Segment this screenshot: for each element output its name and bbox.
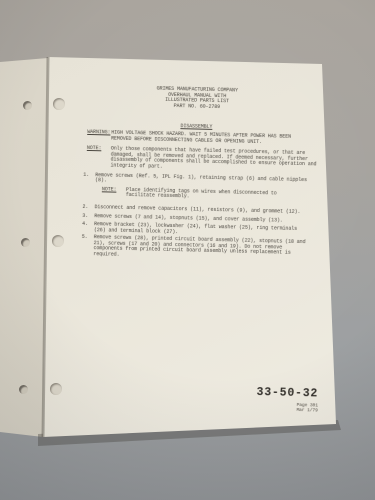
warning-label: WARNING: [87, 130, 111, 142]
document-content: GRIMES MANUFACTURING COMPANY OVERHAUL MA… [39, 57, 324, 433]
note-block: NOTE: Only those components that have fa… [45, 145, 321, 174]
step-number: 4. [82, 222, 94, 233]
photo-background: GRIMES MANUFACTURING COMPANY OVERHAUL MA… [0, 0, 375, 500]
step-note-label: NOTE: [102, 187, 126, 199]
back-sheet-hole [19, 385, 28, 394]
step-number: 3. [82, 213, 94, 219]
back-sheet-hole [23, 101, 32, 110]
step-number: 1. [83, 172, 95, 183]
page-footer: 33-50-32 Page 301 Mar 1/79 [40, 381, 319, 414]
step-number: 2. [82, 205, 94, 211]
step-number: 5. [81, 235, 94, 258]
step-item: 5. Remove screws (28), printed circuit b… [43, 234, 319, 263]
step-note-block: NOTE: Place identifying tags on wires wh… [45, 186, 321, 204]
step-note-text: Place identifying tags on wires when dis… [126, 188, 308, 203]
step-text: Remove screws (28), printed circuit boar… [93, 235, 309, 262]
back-sheet-hole [21, 238, 30, 247]
warning-text: HIGH VOLTAGE SHOCK HAZARD. WAIT 5 MINUTE… [111, 130, 305, 146]
note-text: Only those components that have failed t… [110, 147, 320, 174]
note-label: NOTE: [86, 146, 111, 169]
section-title: DISASSEMBLY [180, 124, 212, 131]
manual-header: GRIMES MANUFACTURING COMPANY OVERHAUL MA… [47, 84, 323, 113]
